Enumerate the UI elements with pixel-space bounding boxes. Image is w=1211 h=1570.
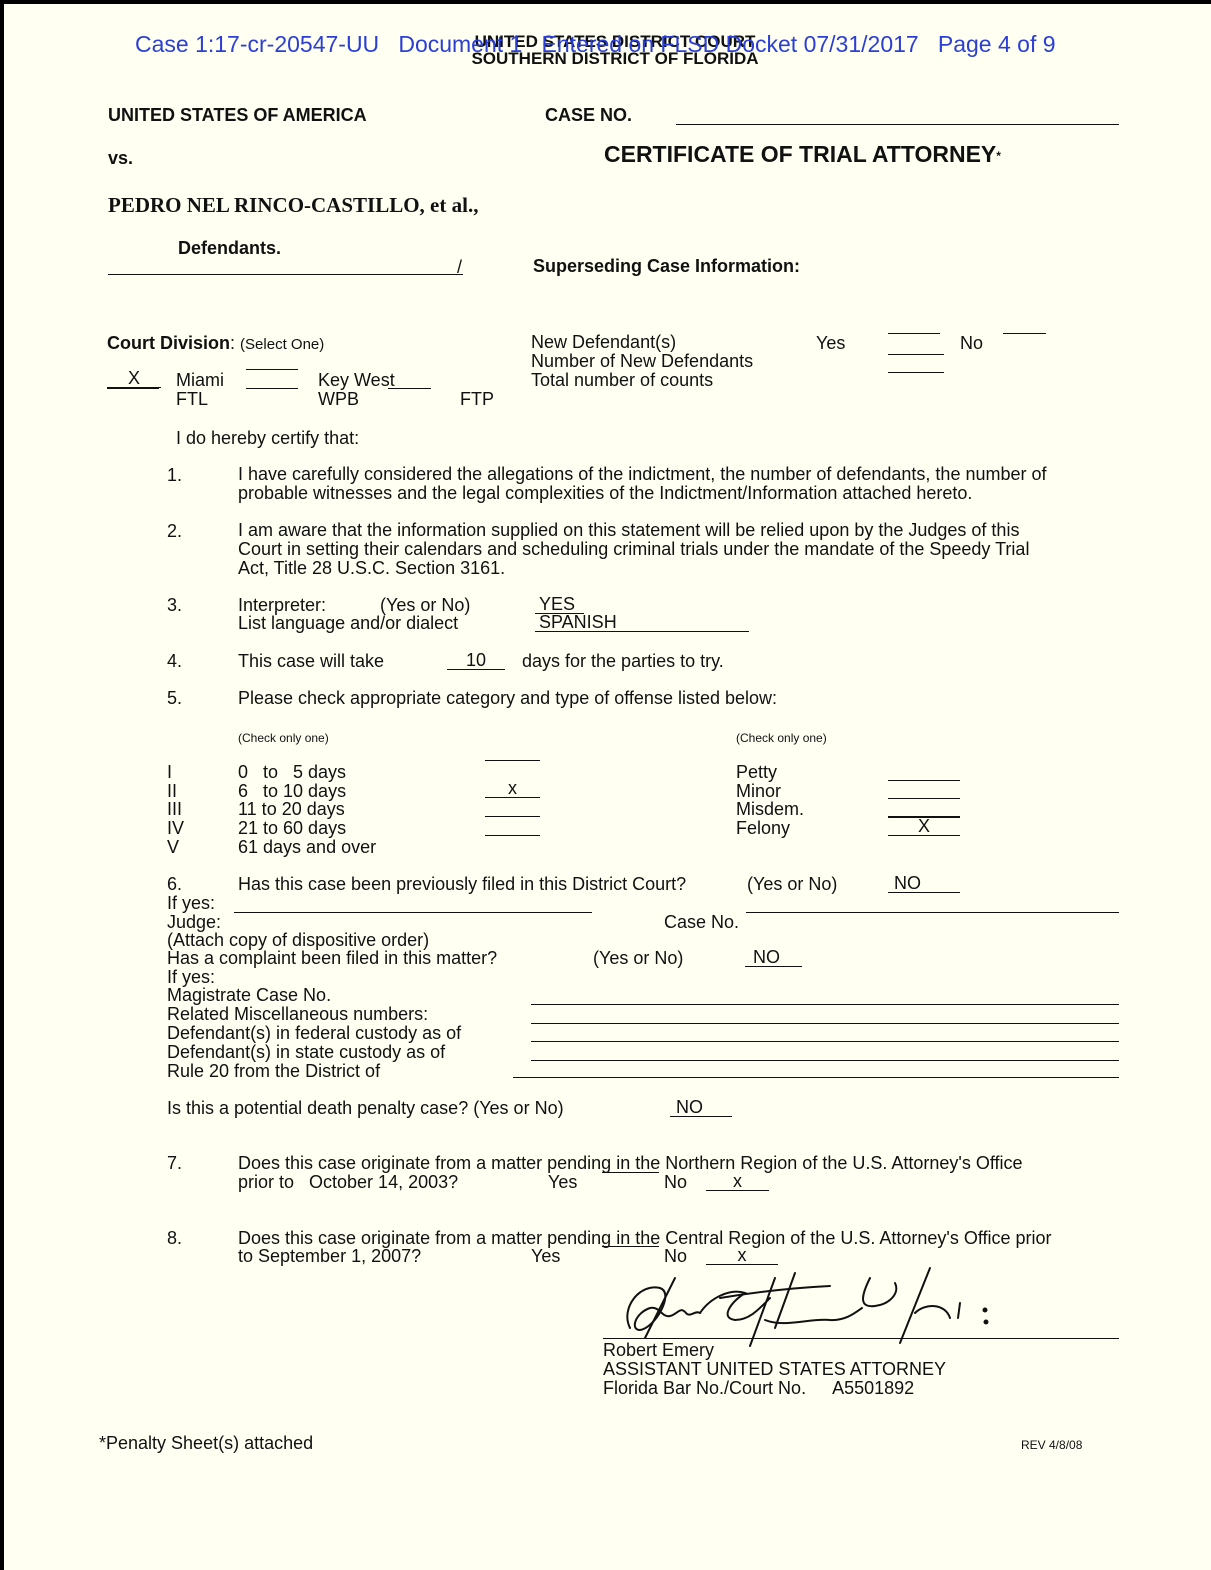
bar-number-label: Florida Bar No./Court No. <box>603 1378 806 1398</box>
item-4-number: 4. <box>167 651 182 672</box>
number-new-defendants-blank[interactable] <box>888 354 944 355</box>
death-penalty-answer[interactable]: NO <box>670 1098 732 1117</box>
rule20-field[interactable] <box>513 1077 1119 1078</box>
item-2-line-3: Act, Title 28 U.S.C. Section 3161. <box>238 559 1029 578</box>
category-checkbox[interactable] <box>485 760 540 761</box>
federal-custody-field[interactable] <box>531 1041 1119 1042</box>
previously-filed-answer[interactable]: NO <box>888 874 960 893</box>
previously-filed-yes-no: (Yes or No) <box>747 874 837 895</box>
category-checkbox[interactable] <box>485 816 540 817</box>
court-division-colon: : <box>230 333 235 353</box>
item-7-no-label: No <box>664 1172 687 1193</box>
offense-check-hint: (Check only one) <box>736 731 827 745</box>
item-2-number: 2. <box>167 521 182 542</box>
page-border-top <box>0 0 1211 4</box>
death-penalty-question: Is this a potential death penalty case? … <box>167 1098 564 1119</box>
form-title-asterisk: * <box>996 149 1001 163</box>
item-7-line-2: prior to October 14, 2003? <box>238 1172 458 1193</box>
ecf-header-stamp: Case 1:17-cr-20547-UU Document 1 Entered… <box>135 31 1056 58</box>
superseding-labels: New Defendant(s) Number of New Defendant… <box>531 333 753 390</box>
category-check-hint: (Check only one) <box>238 731 329 745</box>
form-title: CERTIFICATE OF TRIAL ATTORNEY* <box>604 141 1001 168</box>
defendants-label: Defendants. <box>178 238 281 259</box>
item-7-yes-label: Yes <box>548 1172 577 1193</box>
number-new-defendants-label: Number of New Defendants <box>531 352 753 371</box>
item-8-number: 8. <box>167 1228 182 1249</box>
complaint-yes-no: (Yes or No) <box>593 948 683 969</box>
item-1-line-1: I have carefully considered the allegati… <box>238 465 1047 484</box>
bar-number-value: A5501892 <box>832 1378 914 1398</box>
if-yes-label: If yes: <box>167 893 215 914</box>
item-7-yes-blank[interactable] <box>602 1172 659 1173</box>
plaintiff-name: UNITED STATES OF AMERICA <box>108 105 367 126</box>
item-7-number: 7. <box>167 1153 182 1174</box>
new-defendants-no-blank[interactable] <box>1003 333 1046 334</box>
total-counts-label: Total number of counts <box>531 371 753 390</box>
trial-days-prefix: This case will take <box>238 651 384 672</box>
attorney-title: ASSISTANT UNITED STATES ATTORNEY <box>603 1360 946 1379</box>
total-counts-blank[interactable] <box>888 372 944 373</box>
new-defendants-yes-label: Yes <box>816 333 845 354</box>
superseding-label: Superseding Case Information: <box>533 256 800 277</box>
bar-number-line: Florida Bar No./Court No.A5501892 <box>603 1379 946 1398</box>
offense-type-checkbox[interactable] <box>888 762 960 781</box>
trial-days-suffix: days for the parties to try. <box>522 651 724 672</box>
division-wpb-blank[interactable] <box>246 388 298 389</box>
item-1-number: 1. <box>167 465 182 486</box>
new-defendants-no-label: No <box>960 333 983 354</box>
item-2-text: I am aware that the information supplied… <box>238 521 1029 578</box>
rule20-label: Rule 20 from the District of <box>167 1062 461 1081</box>
division-ftl-blank[interactable] <box>107 388 159 389</box>
category-checkbox[interactable]: x <box>485 779 540 798</box>
case-no-label: CASE NO. <box>545 105 632 126</box>
signature-line <box>603 1338 1119 1339</box>
court-division-title: Court Division <box>107 333 230 353</box>
offense-type-checkbox[interactable]: X <box>888 816 960 836</box>
trial-days-value[interactable]: 10 <box>447 651 505 670</box>
caption-rule <box>108 274 463 275</box>
item-1-line-2: probable witnesses and the legal complex… <box>238 484 1047 503</box>
versus-label: vs. <box>108 148 133 169</box>
prior-case-no-field[interactable] <box>746 912 1119 913</box>
form-title-text: CERTIFICATE OF TRIAL ATTORNEY <box>604 141 996 167</box>
court-division-label: Court Division: (Select One) <box>107 333 324 354</box>
federal-custody-label: Defendant(s) in federal custody as of <box>167 1024 461 1043</box>
offense-type-checkbox[interactable] <box>888 780 960 799</box>
item-6-number: 6. <box>167 874 182 895</box>
item-8-yes-blank[interactable] <box>602 1246 659 1247</box>
division-miami-blank[interactable]: X <box>107 369 161 388</box>
item-1-text: I have carefully considered the allegati… <box>238 465 1047 503</box>
defendant-name: PEDRO NEL RINCO-CASTILLO, et al., <box>108 193 478 218</box>
new-defendants-yes-blank[interactable] <box>888 333 940 334</box>
magistrate-case-field[interactable] <box>531 1004 1119 1005</box>
state-custody-field[interactable] <box>531 1060 1119 1061</box>
division-ftp-blank[interactable] <box>388 388 431 389</box>
court-division-hint: (Select One) <box>240 336 324 353</box>
division-keywest-label: Key West <box>318 370 395 391</box>
related-misc-field[interactable] <box>531 1023 1119 1024</box>
page-border-left <box>0 0 4 1570</box>
signature-block: Robert Emery ASSISTANT UNITED STATES ATT… <box>603 1341 946 1398</box>
penalty-sheet-note: *Penalty Sheet(s) attached <box>99 1433 313 1454</box>
case-no-field[interactable] <box>676 124 1119 125</box>
complaint-details-labels: Magistrate Case No. Related Miscellaneou… <box>167 986 461 1081</box>
language-label: List language and/or dialect <box>238 613 458 634</box>
prior-case-no-label: Case No. <box>664 912 739 933</box>
language-value[interactable]: SPANISH <box>535 613 749 632</box>
judge-field[interactable] <box>234 912 592 913</box>
complaint-question: Has a complaint been filed in this matte… <box>167 948 497 969</box>
related-misc-label: Related Miscellaneous numbers: <box>167 1005 461 1024</box>
division-ftl-label: FTL <box>176 389 208 410</box>
division-ftp-label: FTP <box>460 389 494 410</box>
complaint-answer[interactable]: NO <box>745 948 802 967</box>
category-roman: V <box>167 837 179 858</box>
item-8-line-2: to September 1, 2007? <box>238 1246 421 1267</box>
item-5-text: Please check appropriate category and ty… <box>238 688 777 709</box>
attorney-name: Robert Emery <box>603 1341 946 1360</box>
division-wpb-label: WPB <box>318 389 359 410</box>
item-8-yes-label: Yes <box>531 1246 560 1267</box>
category-checkbox[interactable] <box>485 835 540 836</box>
category-checkbox[interactable] <box>485 797 540 798</box>
certify-intro: I do hereby certify that: <box>176 428 359 449</box>
caption-slash: / <box>457 257 462 278</box>
item-2-line-2: Court in setting their calendars and sch… <box>238 540 1029 559</box>
form-revision: REV 4/8/08 <box>1021 1438 1082 1452</box>
offense-type-label: Felony <box>736 818 790 839</box>
item-7-no-blank[interactable]: x <box>706 1172 769 1191</box>
new-defendants-label: New Defendant(s) <box>531 333 753 352</box>
category-label: 61 days and over <box>238 837 376 858</box>
division-miami-label: Miami <box>176 370 224 391</box>
item-3-number: 3. <box>167 595 182 616</box>
item-7-line-1: Does this case originate from a matter p… <box>238 1153 1023 1174</box>
item-2-line-1: I am aware that the information supplied… <box>238 521 1029 540</box>
item-5-number: 5. <box>167 688 182 709</box>
state-custody-label: Defendant(s) in state custody as of <box>167 1043 461 1062</box>
division-keywest-blank[interactable] <box>246 369 298 370</box>
magistrate-case-label: Magistrate Case No. <box>167 986 461 1005</box>
signature-scribble-icon <box>600 1258 1020 1348</box>
previously-filed-question: Has this case been previously filed in t… <box>238 874 686 895</box>
